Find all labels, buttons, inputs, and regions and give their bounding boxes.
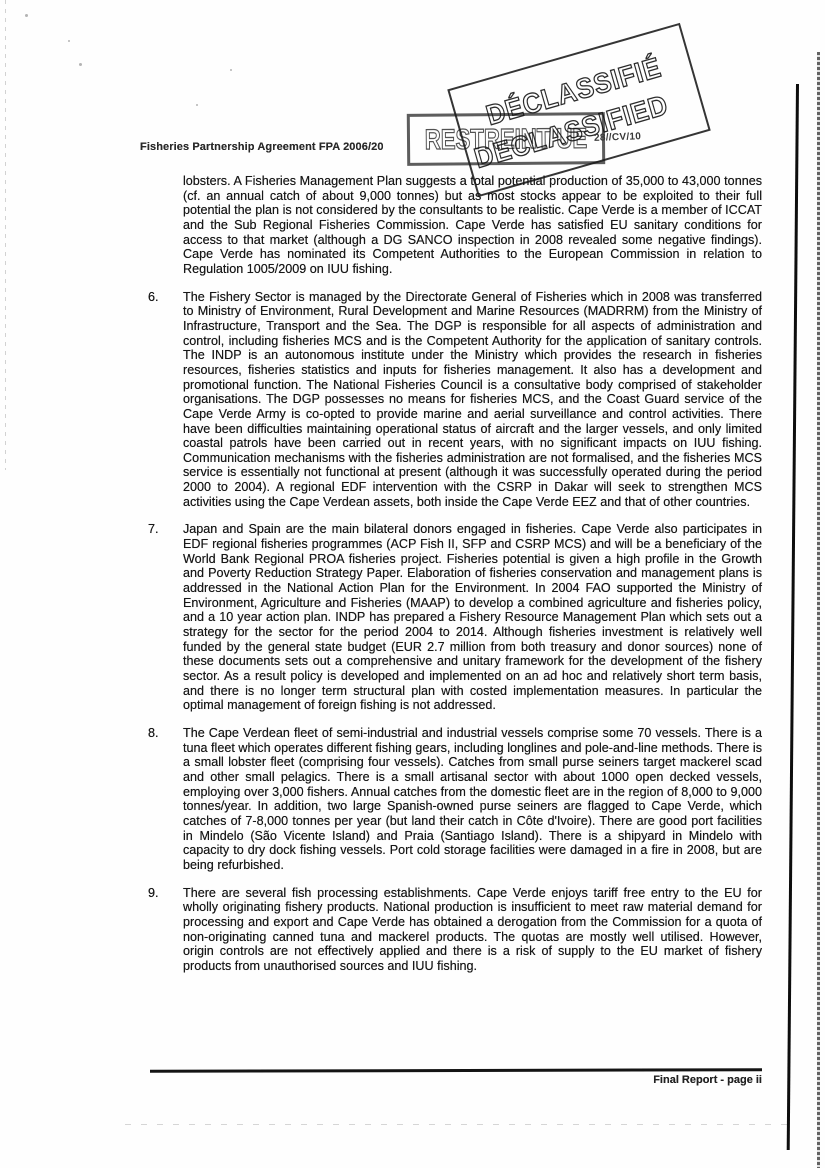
paragraph-9: 9. There are several fish processing est… [148, 886, 762, 974]
declassified-stamp: DÉCLASSIFIÉ DECLASSIFIED [447, 23, 710, 197]
paragraph-number: 8. [148, 726, 183, 873]
footer-rule [150, 1068, 762, 1072]
scan-artifact-speck [230, 69, 232, 71]
paragraph-text: lobsters. A Fisheries Management Plan su… [183, 174, 762, 277]
paragraph-number: 9. [148, 886, 183, 974]
paragraph-text: The Fishery Sector is managed by the Dir… [183, 290, 762, 510]
paragraph-text: There are several fish processing establ… [183, 886, 762, 974]
scan-artifact-right-edge [817, 52, 820, 1168]
scan-artifact-speck [196, 104, 198, 106]
document-header-title: Fisheries Partnership Agreement FPA 2006… [140, 141, 384, 153]
paragraph-number: 7. [148, 522, 183, 713]
paragraph-7: 7. Japan and Spain are the main bilatera… [148, 522, 762, 713]
paragraph-text: The Cape Verdean fleet of semi-industria… [183, 726, 762, 873]
document-body: 0. lobsters. A Fisheries Management Plan… [148, 174, 762, 986]
paragraph-continuation: 0. lobsters. A Fisheries Management Plan… [148, 174, 762, 277]
scan-artifact-vertical-line [787, 84, 799, 1150]
scan-artifact-speck [79, 63, 82, 66]
paragraph-6: 6. The Fishery Sector is managed by the … [148, 290, 762, 510]
scanned-document-page: Fisheries Partnership Agreement FPA 2006… [0, 0, 825, 1168]
paragraph-number: 6. [148, 290, 183, 510]
scan-artifact-speck [68, 40, 70, 42]
footer-page-label: Final Report - page ii [150, 1074, 762, 1086]
declassification-reference: 28//CV/10 [594, 131, 642, 144]
paragraph-text: Japan and Spain are the main bilateral d… [183, 522, 762, 713]
scan-artifact-speck [25, 14, 28, 17]
scan-artifact-bottom-dashes [125, 1124, 790, 1125]
scan-artifact-left-edge [5, 0, 6, 470]
paragraph-8: 8. The Cape Verdean fleet of semi-indust… [148, 726, 762, 873]
